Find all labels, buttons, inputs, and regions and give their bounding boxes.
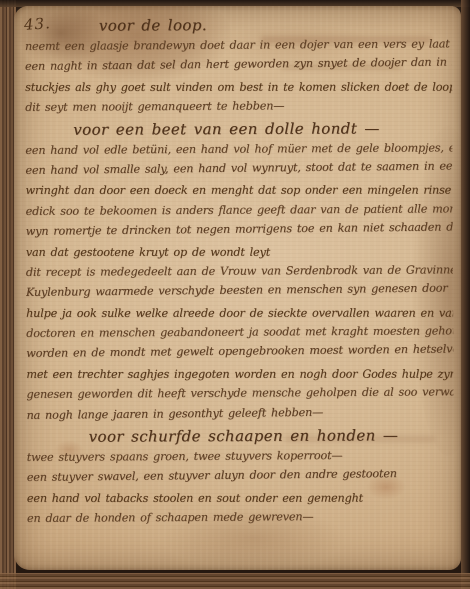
handwritten-text-line: een stuyver swavel, een stuyver aluyn do… bbox=[27, 464, 454, 489]
section-heading: voor de loop. bbox=[99, 13, 452, 37]
manuscript-book-photo: 43. voor de loop.neemt een glaasje brand… bbox=[0, 0, 470, 589]
book-page-stack-bottom bbox=[0, 573, 470, 589]
handwritten-text-line: een naght in staan dat sel dan hert gewo… bbox=[25, 53, 452, 78]
handwritten-text-line: wringht dan door een doeck en menght dat… bbox=[26, 181, 453, 202]
manuscript-text: voor de loop.neemt een glaasje brandewyn… bbox=[25, 13, 454, 570]
handwritten-text-line: een hand vol smalle saly, een hand vol w… bbox=[25, 156, 452, 181]
handwritten-text-line: en daar de honden of schaapen mede gewre… bbox=[27, 507, 454, 530]
recipe-section: voor een beet van een dolle hondt —een h… bbox=[25, 117, 453, 426]
handwritten-text-line: dit seyt men nooijt gemanqueert te hebbe… bbox=[25, 95, 452, 118]
manuscript-page: 43. voor de loop.neemt een glaasje brand… bbox=[14, 6, 461, 570]
page-number: 43. bbox=[23, 14, 51, 34]
handwritten-text-line: na nogh lange jaaren in gesonthyt geleef… bbox=[26, 401, 453, 426]
handwritten-text-line: wyn romertje te drincken tot negen morri… bbox=[26, 218, 453, 243]
section-heading: voor schurfde schaapen en honden — bbox=[89, 424, 454, 448]
section-heading: voor een beet van een dolle hondt — bbox=[73, 117, 452, 141]
handwritten-text-line: Kuylenburg waarmede verschyde beesten en… bbox=[26, 279, 453, 304]
handwritten-text-line: worden en de mondt met gewelt opengebroo… bbox=[26, 340, 453, 365]
recipe-section: voor schurfde schaapen en honden —twee s… bbox=[27, 424, 454, 529]
recipe-section: voor de loop.neemt een glaasje brandewyn… bbox=[25, 13, 452, 118]
book-binding-right-edge bbox=[461, 0, 470, 589]
